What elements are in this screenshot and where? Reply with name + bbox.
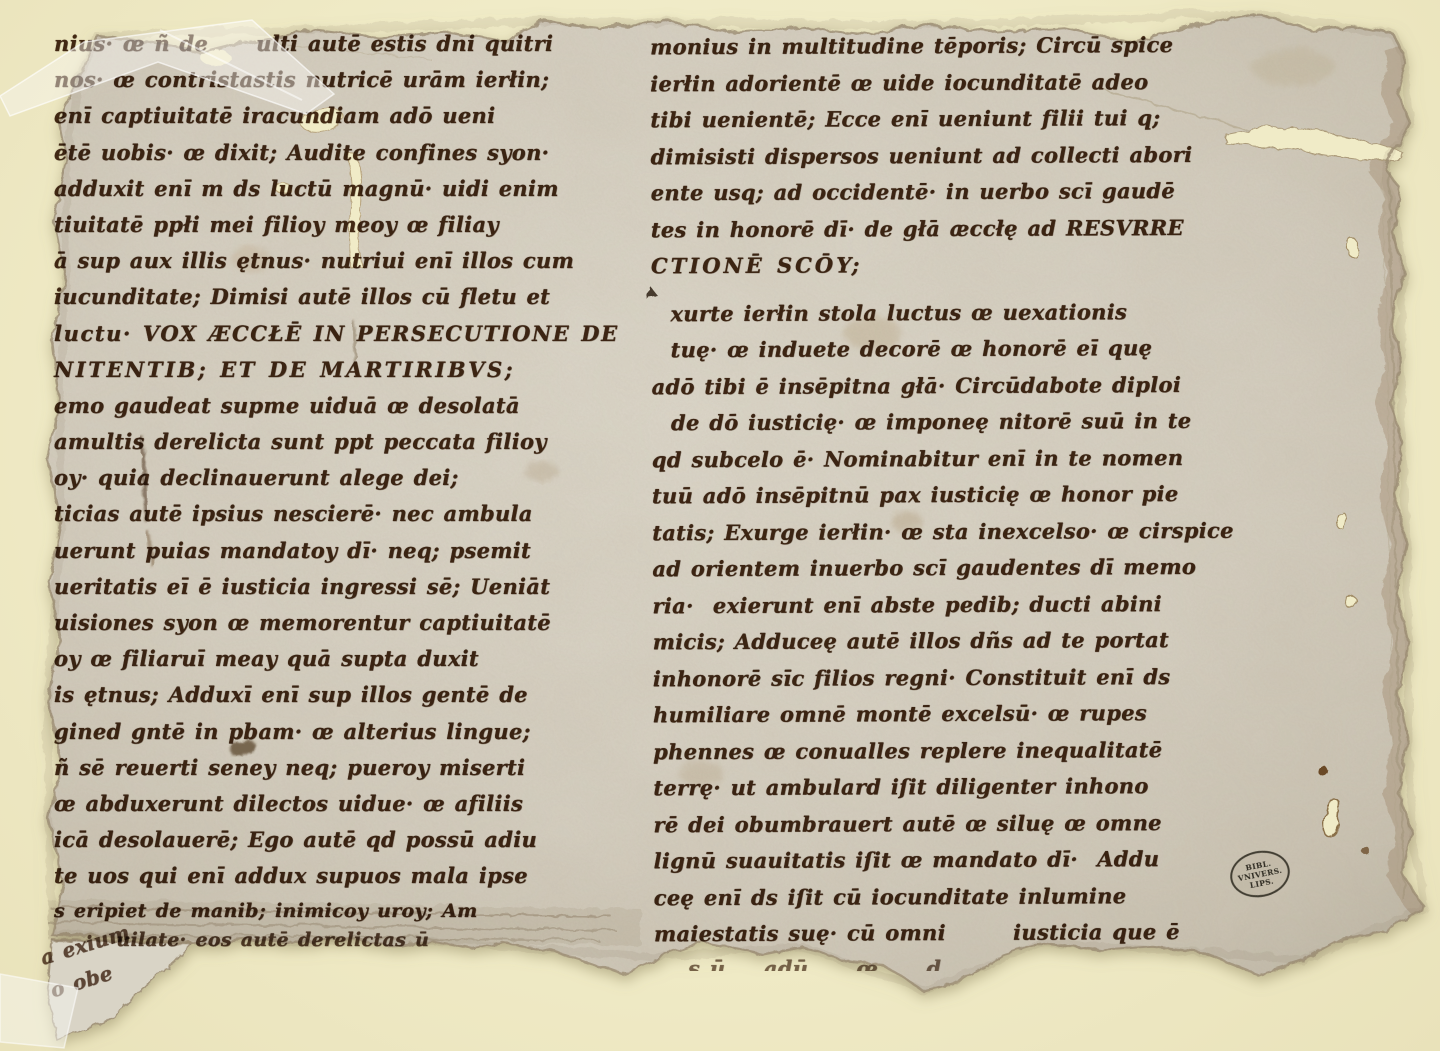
manuscript-text-line: ente usq; ad occidentē· in uerbo scī gau… — [651, 173, 1251, 212]
manuscript-text-line: adō tibi ē insēpitna głā· Circūdabote di… — [651, 366, 1251, 405]
manuscript-text-line: iucunditate; Dimisi autē illos cū fletu … — [54, 279, 579, 315]
manuscript-text-line: enī captiuitatē iracundiam adō ueni — [54, 98, 579, 134]
manuscript-text-line: luctu· VOX ÆCCŁĒ IN PERSECUTIONE DE — [54, 316, 579, 352]
manuscript-text-line: NITENTIB; ET DE MARTIRIBVS; — [54, 352, 579, 388]
manuscript-text-line: de dō iusticię· œ imponeę nitorē suū in … — [652, 403, 1252, 442]
right-text-column: monius in multitudine tēporis; Circū spi… — [650, 27, 1254, 953]
manuscript-text-line: emo gaudeat supme uiduā œ desolatā — [54, 388, 579, 424]
manuscript-text-line: ad orientem inuerbo scī gaudentes dī mem… — [652, 549, 1252, 588]
manuscript-text-line: micis; Adduceę autē illos dñs ad te port… — [653, 622, 1253, 661]
manuscript-text-line: phennes œ conualles replere inequalitatē — [653, 731, 1253, 770]
manuscript-text-line: uisiones syon œ memorentur captiuitatē — [54, 605, 579, 641]
manuscript-text-line: uerunt puias mandatoy dī· neq; psemit — [54, 533, 579, 569]
manuscript-text-line: icā desolauerē; Ego autē qd possū adiu — [54, 822, 579, 858]
photograph-of-manuscript-leaf: nius· œ ñ de ulti autē estis dni quitrin… — [0, 0, 1440, 1051]
manuscript-text-line: tatis; Exurge ierłin· œ sta inexcelso· œ… — [652, 512, 1252, 551]
manuscript-text-line: xurte ierłin stola luctus œ uexationis — [651, 293, 1251, 332]
manuscript-text-line: humiliare omnē montē excelsū· œ rupes — [653, 695, 1253, 734]
manuscript-text-line: œ abduxerunt dilectos uidue· œ afiliis — [54, 786, 579, 822]
left-text-column: nius· œ ñ de ulti autē estis dni quitrin… — [54, 26, 579, 958]
manuscript-text-line: dimisisti dispersos ueniunt ad collecti … — [650, 136, 1250, 175]
manuscript-text-line: CTIONĒ SCŌY; — [651, 246, 1251, 285]
manuscript-text-line: ētē uobis· œ dixit; Audite confines syon… — [54, 135, 579, 171]
manuscript-text-line: ceę enī ds iſit cū iocunditate inlumine — [654, 877, 1254, 916]
manuscript-text-line: te uos qui enī addux supuos mala ipse — [54, 858, 579, 894]
manuscript-text-line: maiestatis suę· cū omni iusticia que ē — [654, 914, 1254, 953]
manuscript-text-line: qd subcelo ē· Nominabitur enī in te nome… — [652, 439, 1252, 478]
manuscript-text-line: terrę· ut ambulard iſit diligenter inhon… — [653, 768, 1253, 807]
manuscript-text-line: rē dei obumbrauert autē œ siluę œ omne — [653, 804, 1253, 843]
manuscript-text-line: oy· quia declinauerunt alege dei; — [54, 460, 579, 496]
manuscript-text-line: oy œ filiaruī meay quā supta duxit — [54, 641, 579, 677]
manuscript-text-line: lignū suauitatis iſit œ mandato dī· Addu — [654, 841, 1254, 880]
manuscript-text-line: adduxit enī m ds luctū magnū· uidi enim — [54, 171, 579, 207]
manuscript-text-line: is ętnus; Adduxī enī sup illos gentē de — [54, 677, 579, 713]
manuscript-text-line: amultis derelicta sunt ppt peccata filio… — [54, 424, 579, 460]
manuscript-text-line: nius· œ ñ de ulti autē estis dni quitri — [54, 26, 579, 62]
manuscript-text-line: ticias autē ipsius nescierē· nec ambula — [54, 496, 579, 532]
manuscript-text-line: inhonorē sīc filios regni· Constituit en… — [653, 658, 1253, 697]
manuscript-text-line: tuę· œ induete decorē œ honorē eī quę — [651, 330, 1251, 369]
manuscript-text-line: ā sup aux illis ętnus· nutriui enī illos… — [54, 243, 579, 279]
manuscript-text-line: gined gntē in pbam· œ alterius lingue; — [54, 714, 579, 750]
manuscript-text-line: ierłin adorientē œ uide iocunditatē adeo — [650, 63, 1250, 102]
manuscript-text-line: tibi uenientē; Ecce enī ueniunt filii tu… — [650, 100, 1250, 139]
torn-bottom-line-fragment: s ū adū œ d — [688, 951, 1228, 971]
manuscript-text-line: monius in multitudine tēporis; Circū spi… — [650, 27, 1250, 66]
manuscript-text-line: tuū adō insēpitnū pax iusticię œ honor p… — [652, 476, 1252, 515]
manuscript-text-line: nos· œ contristastis nutricē urām ierłin… — [54, 62, 579, 98]
manuscript-text-line: ñ sē reuerti seney neq; pueroy miserti — [54, 750, 579, 786]
manuscript-text-line: ueritatis eī ē iusticia ingressi sē; Uen… — [54, 569, 579, 605]
manuscript-text-line: s ū adū œ d — [688, 951, 1228, 971]
manuscript-text-line: tiuitatē ppłi mei filioy meoy œ filiay — [54, 207, 579, 243]
manuscript-text-line: tes in honorē dī· de głā æccłę ad RESVRR… — [651, 209, 1251, 248]
manuscript-text-line: ria· exierunt enī abste pedib; ducti abi… — [652, 585, 1252, 624]
